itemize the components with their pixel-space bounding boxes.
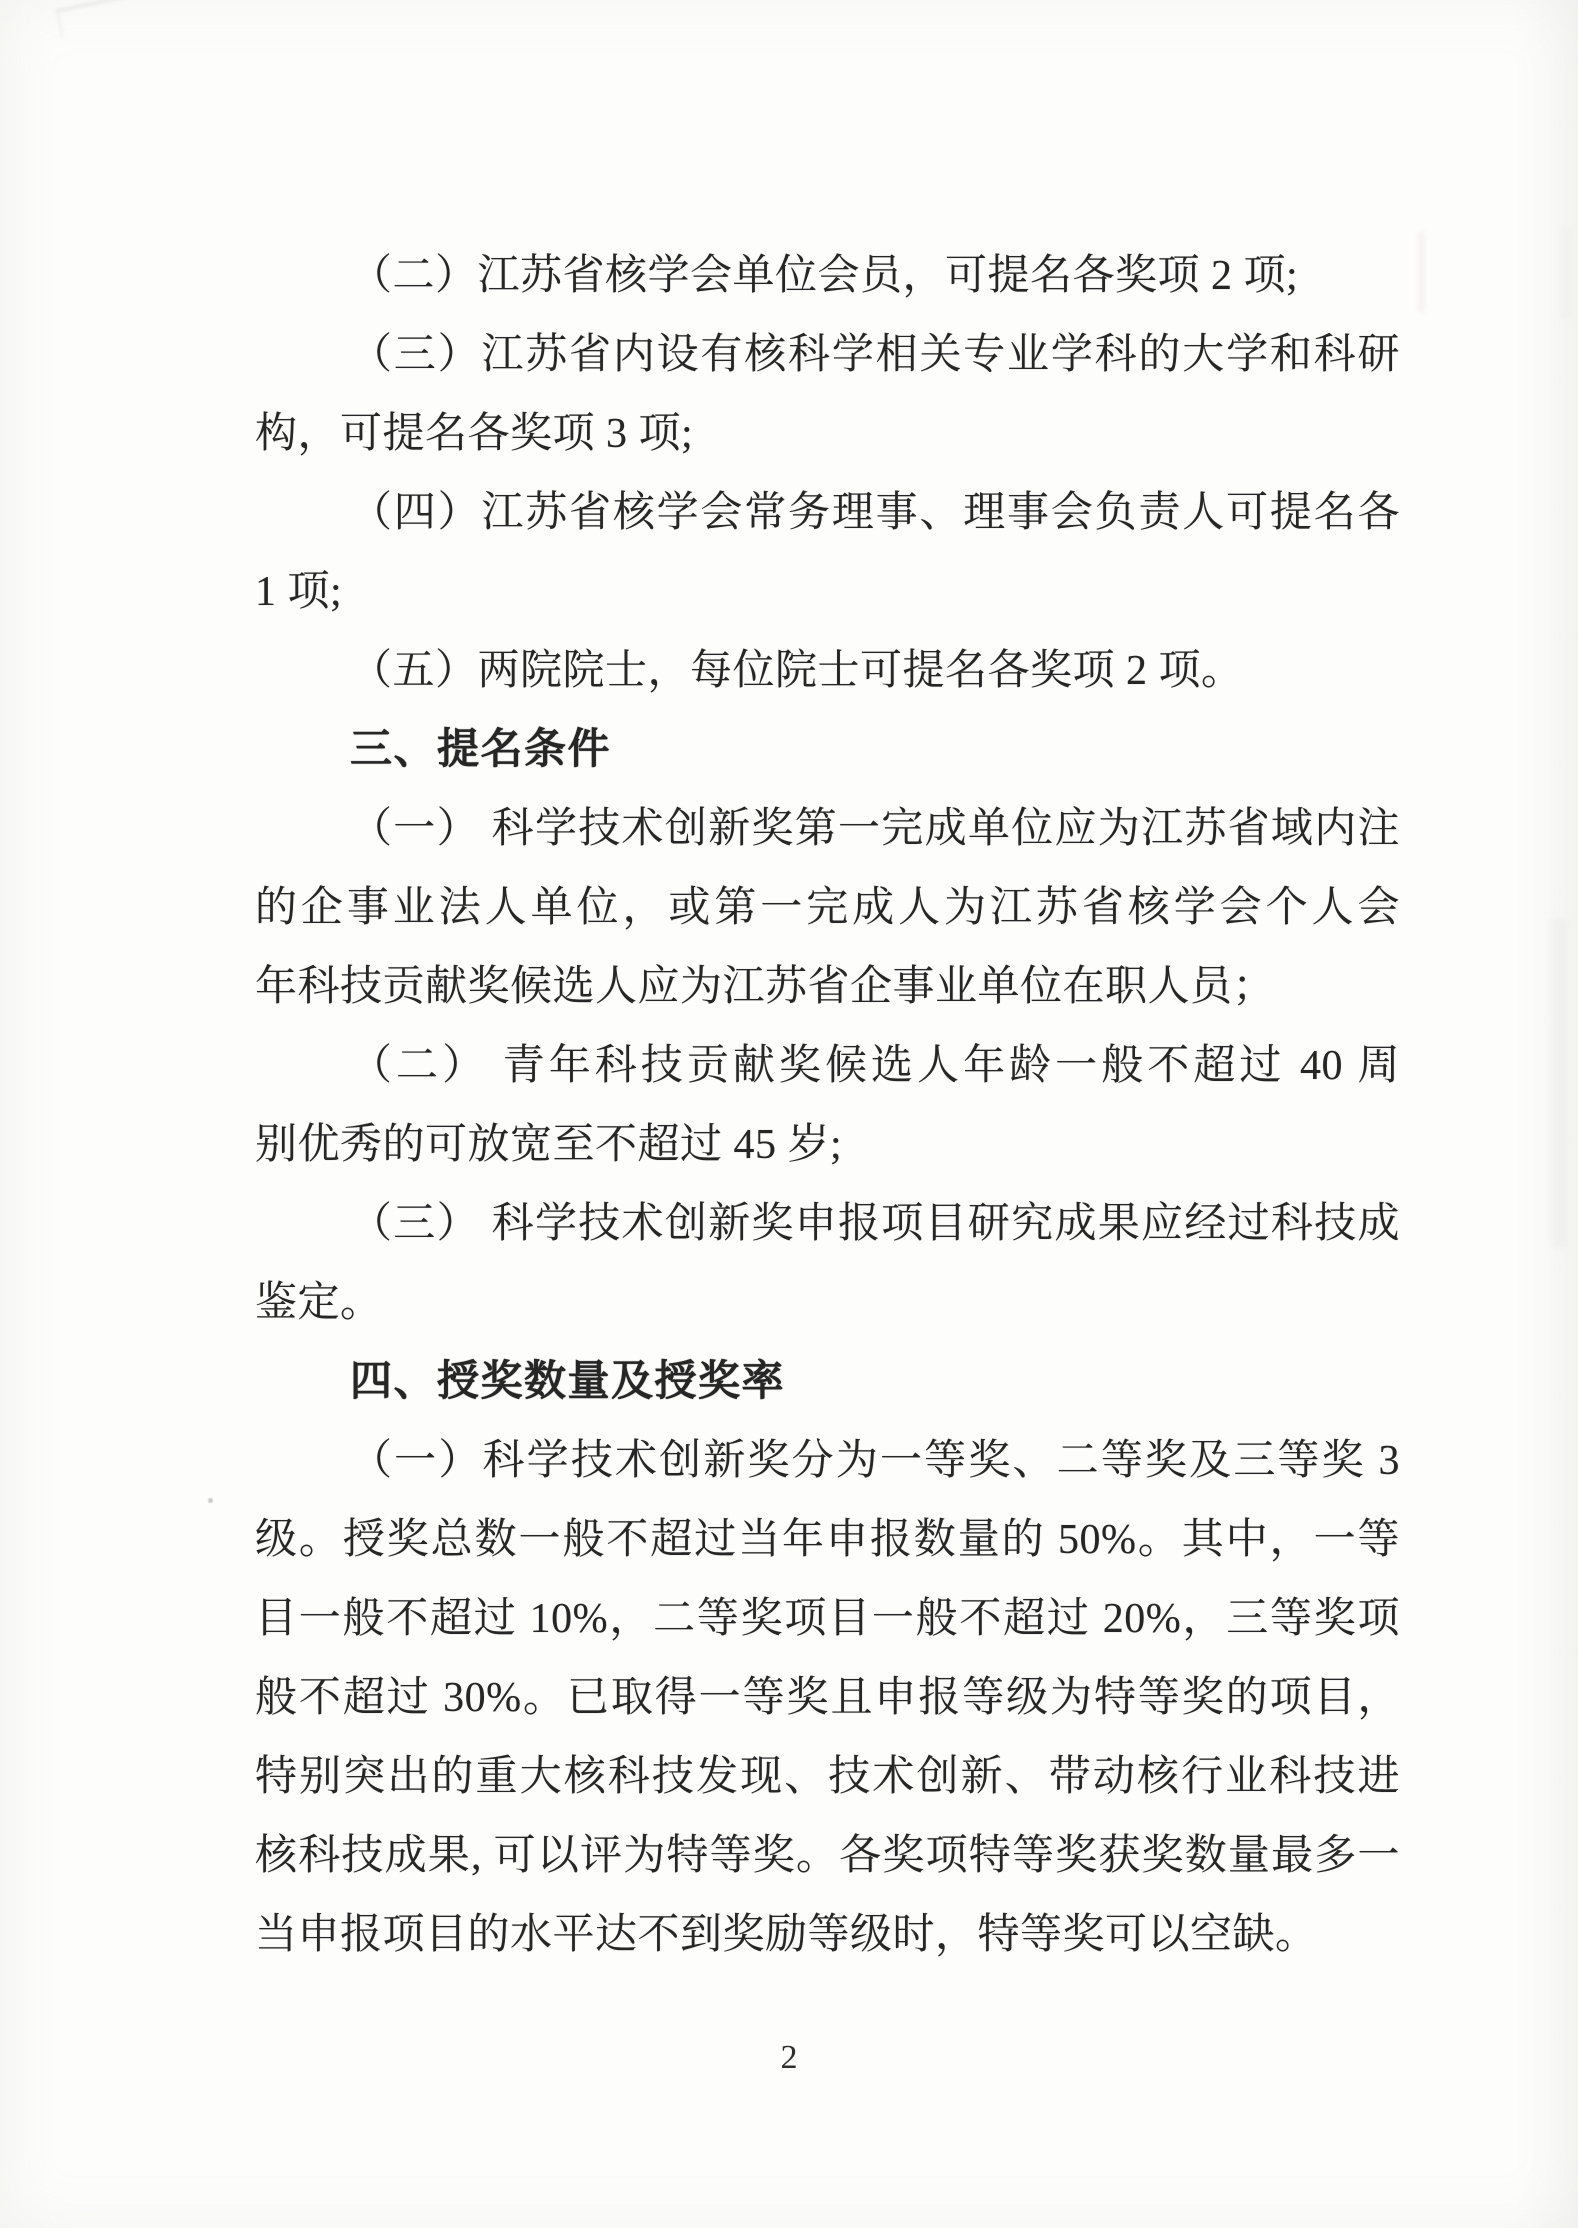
body-line: （五）两院院士，每位院士可提名各奖项 2 项。 — [255, 632, 1400, 711]
scan-artifact-right-sliver — [1418, 232, 1425, 312]
body-line: 当申报项目的水平达不到奖励等级时，特等奖可以空缺。 — [255, 1896, 1400, 1975]
body-line: 核科技成果, 可以评为特等奖。各奖项特等奖获奖数量最多一项。 — [255, 1817, 1400, 1896]
heading-nomination-conditions: 三、提名条件 — [255, 711, 1400, 790]
scan-artifact-right-smudge — [1560, 228, 1572, 318]
scan-artifact-top-left — [56, 0, 132, 38]
text-block: （二）江苏省核学会单位会员，可提名各奖项 2 项; （三）江苏省内设有核科学相关… — [255, 237, 1400, 1975]
heading-award-quantity-rate: 四、授奖数量及授奖率 — [255, 1343, 1400, 1422]
body-line: 鉴定。 — [255, 1264, 1400, 1343]
body-line: （三）江苏省内设有核科学相关专业学科的大学和科研机 — [255, 316, 1400, 395]
scan-artifact-speck — [208, 1498, 213, 1503]
body-line: （四）江苏省核学会常务理事、理事会负责人可提名各奖项 — [255, 474, 1400, 553]
body-line: 级。授奖总数一般不超过当年申报数量的 50%。其中，一等奖项 — [255, 1501, 1400, 1580]
body-line: 特别突出的重大核科技发现、技术创新、带动核行业科技进步的 — [255, 1738, 1400, 1817]
body-line: 1 项; — [255, 553, 1400, 632]
body-line: 年科技贡献奖候选人应为江苏省企事业单位在职人员； — [255, 948, 1400, 1027]
body-line: （一）科学技术创新奖分为一等奖、二等奖及三等奖 3 个等 — [255, 1422, 1400, 1501]
document-page: （二）江苏省核学会单位会员，可提名各奖项 2 项; （三）江苏省内设有核科学相关… — [0, 0, 1578, 2228]
body-line: （二）江苏省核学会单位会员，可提名各奖项 2 项; — [255, 237, 1400, 316]
scan-artifact-right-edge — [1552, 918, 1568, 1248]
body-line: （二） 青年科技贡献奖候选人年龄一般不超过 40 周岁，特 — [255, 1027, 1400, 1106]
body-line: 的企事业法人单位，或第一完成人为江苏省核学会个人会员；青 — [255, 869, 1400, 948]
body-line: （一） 科学技术创新奖第一完成单位应为江苏省域内注册 — [255, 790, 1400, 869]
body-line: 别优秀的可放宽至不超过 45 岁; — [255, 1106, 1400, 1185]
body-line: 目一般不超过 10%，二等奖项目一般不超过 20%，三等奖项目一 — [255, 1580, 1400, 1659]
body-line: （三） 科学技术创新奖申报项目研究成果应经过科技成果 — [255, 1185, 1400, 1264]
body-line: 构，可提名各奖项 3 项; — [255, 395, 1400, 474]
body-line: 般不超过 30%。已取得一等奖且申报等级为特等奖的项目，具有 — [255, 1659, 1400, 1738]
page-number: 2 — [0, 2032, 1578, 2084]
